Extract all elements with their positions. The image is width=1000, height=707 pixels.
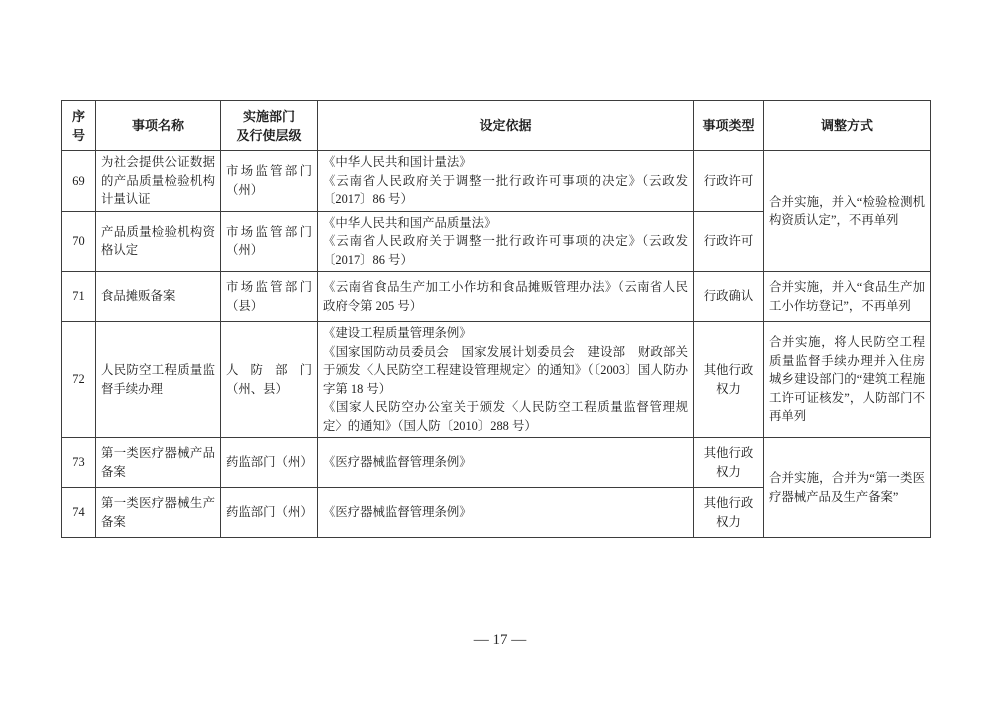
table-row: 73 第一类医疗器械产品备案 药监部门（州） 《医疗器械监督管理条例》 其他行政… [62,438,931,488]
table-row: 71 食品摊贩备案 市场监管部门（县） 《云南省食品生产加工小作坊和食品摊贩管理… [62,272,931,322]
column-header-adjust-method: 调整方式 [764,101,931,151]
cell-no: 69 [62,151,96,212]
cell-legal-basis: 《中华人民共和国计量法》 《云南省人民政府关于调整一批行政许可事项的决定》（云政… [318,151,694,212]
cell-legal-basis: 《云南省食品生产加工小作坊和食品摊贩管理办法》（云南省人民政府令第 205 号） [318,272,694,322]
adjustment-items-table: 序 号 事项名称 实施部门 及行使层级 设定依据 事项类型 调整方式 69 为社… [61,100,931,538]
cell-item-name: 为社会提供公证数据的产品质量检验机构计量认证 [96,151,221,212]
cell-no: 73 [62,438,96,488]
document-page: 序 号 事项名称 实施部门 及行使层级 设定依据 事项类型 调整方式 69 为社… [0,0,1000,707]
column-header-no: 序 号 [62,101,96,151]
cell-legal-basis: 《医疗器械监督管理条例》 [318,488,694,538]
cell-no: 72 [62,322,96,438]
table-header-row: 序 号 事项名称 实施部门 及行使层级 设定依据 事项类型 调整方式 [62,101,931,151]
cell-adjust-method: 合并实施，并入“检验检测机构资质认定”，不再单列 [764,151,931,272]
cell-item-name: 第一类医疗器械产品备案 [96,438,221,488]
cell-department: 药监部门（州） [221,438,318,488]
cell-adjust-method: 合并实施，将人民防空工程质量监督手续办理并入住房城乡建设部门的“建筑工程施工许可… [764,322,931,438]
cell-department: 市场监管部门（州） [221,211,318,272]
cell-item-name: 第一类医疗器械生产备案 [96,488,221,538]
column-header-legal-basis: 设定依据 [318,101,694,151]
cell-legal-basis: 《建设工程质量管理条例》 《国家国防动员委员会 国家发展计划委员会 建设部 财政… [318,322,694,438]
cell-department: 人防部门（州、县） [221,322,318,438]
cell-item-type: 其他行政权力 [694,438,764,488]
column-header-item-name: 事项名称 [96,101,221,151]
cell-item-type: 行政许可 [694,211,764,272]
cell-item-name: 人民防空工程质量监督手续办理 [96,322,221,438]
column-header-item-type: 事项类型 [694,101,764,151]
column-header-department: 实施部门 及行使层级 [221,101,318,151]
cell-department: 市场监管部门（县） [221,272,318,322]
cell-item-name: 产品质量检验机构资格认定 [96,211,221,272]
cell-no: 70 [62,211,96,272]
cell-item-type: 行政确认 [694,272,764,322]
cell-department: 市场监管部门（州） [221,151,318,212]
cell-adjust-method: 合并实施，合并为“第一类医疗器械产品及生产备案” [764,438,931,538]
cell-item-type: 其他行政权力 [694,322,764,438]
cell-department: 药监部门（州） [221,488,318,538]
cell-item-type: 其他行政权力 [694,488,764,538]
table-row: 69 为社会提供公证数据的产品质量检验机构计量认证 市场监管部门（州） 《中华人… [62,151,931,212]
cell-item-type: 行政许可 [694,151,764,212]
cell-adjust-method: 合并实施，并入“食品生产加工小作坊登记”，不再单列 [764,272,931,322]
cell-legal-basis: 《中华人民共和国产品质量法》 《云南省人民政府关于调整一批行政许可事项的决定》（… [318,211,694,272]
page-number: — 17 — [0,632,1000,649]
cell-no: 74 [62,488,96,538]
cell-no: 71 [62,272,96,322]
table-row: 72 人民防空工程质量监督手续办理 人防部门（州、县） 《建设工程质量管理条例》… [62,322,931,438]
cell-item-name: 食品摊贩备案 [96,272,221,322]
cell-legal-basis: 《医疗器械监督管理条例》 [318,438,694,488]
